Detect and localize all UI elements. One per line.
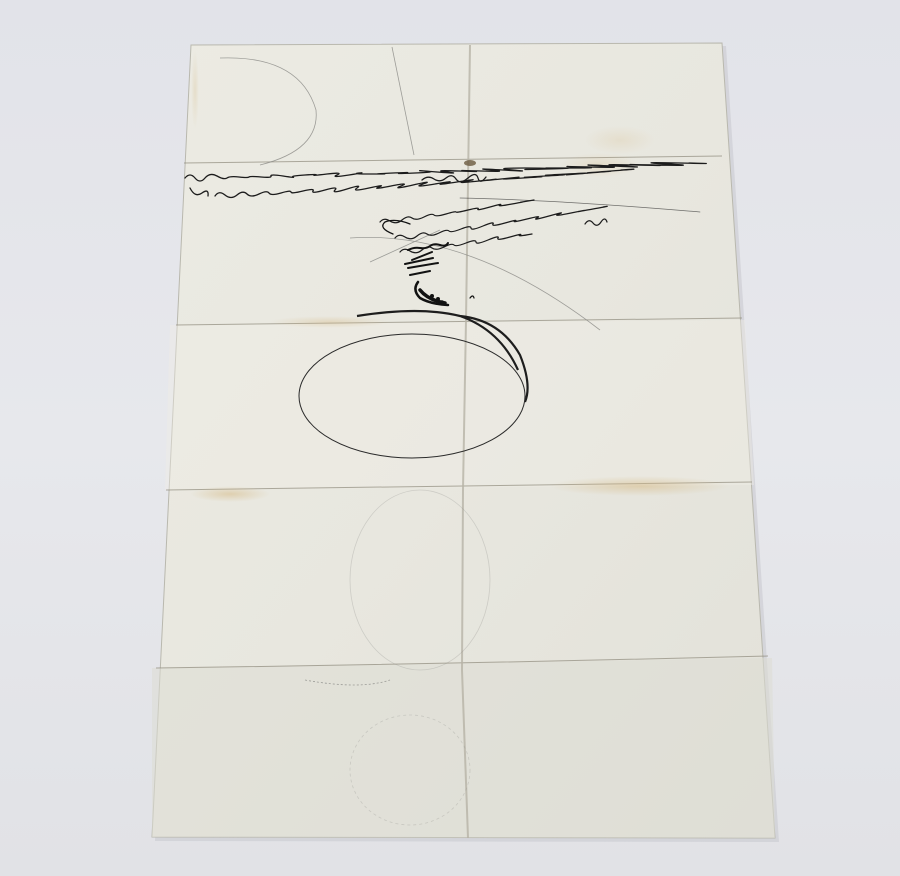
- photo-scene: Old folded Ottoman manuscript document o…: [0, 0, 900, 876]
- document-photo: [0, 0, 900, 876]
